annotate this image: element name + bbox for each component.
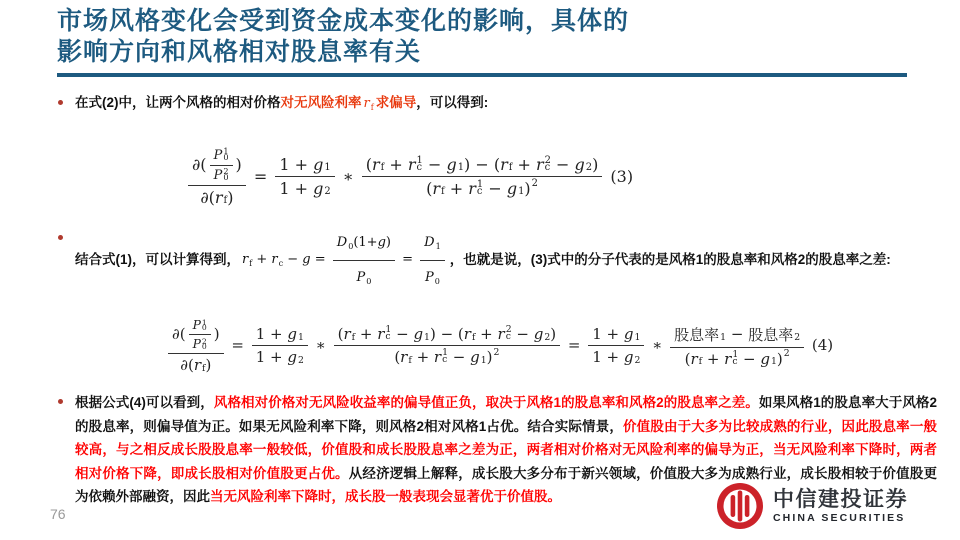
- bullet-dot-icon: [58, 235, 63, 240]
- bullet-2-text: 结合式(1)，可以计算得到，rf + rc − g = D0(1+g)P0 = …: [75, 227, 891, 293]
- bullet-1-inline-math: rf: [364, 93, 374, 115]
- page-title-line-1: 市场风格变化会受到资金成本变化的影响，具体的: [57, 7, 629, 35]
- page-title: 市场风格变化会受到资金成本变化的影响，具体的 影响方向和风格相对股息率有关: [57, 6, 905, 68]
- company-logo: 中信建投证券 CHINA SECURITIES: [716, 482, 908, 530]
- bullet-1-post: ，可以得到:: [416, 95, 488, 110]
- bullet-1: 在式(2)中，让两个风格的相对价格对无风险利率rf求偏导，可以得到:: [0, 92, 960, 115]
- citic-logo-icon: [716, 482, 764, 530]
- logo-name-cn: 中信建投证券: [773, 488, 908, 512]
- slide: 市场风格变化会受到资金成本变化的影响，具体的 影响方向和风格相对股息率有关 在式…: [0, 0, 960, 540]
- logo-text: 中信建投证券 CHINA SECURITIES: [773, 488, 908, 525]
- slide-header: 市场风格变化会受到资金成本变化的影响，具体的 影响方向和风格相对股息率有关: [0, 0, 960, 77]
- bullet-2-inline-math: rf + rc − g = D0(1+g)P0 = D1P0: [242, 227, 448, 293]
- page-number: 76: [50, 506, 66, 522]
- bullet-2: 结合式(1)，可以计算得到，rf + rc − g = D0(1+g)P0 = …: [0, 227, 960, 293]
- logo-name-en: CHINA SECURITIES: [773, 512, 908, 525]
- bullet-1-text: 在式(2)中，让两个风格的相对价格对无风险利率rf求偏导，可以得到:: [75, 92, 488, 115]
- formula-4: ∂(P10P20)∂(rf) = 1 + g11 + g2 ∗ (rf + r1…: [165, 307, 960, 383]
- formula-3: ∂(P10P20)∂(rf) = 1 + g11 + g2 ∗ (rf + r1…: [185, 137, 960, 215]
- title-divider: [57, 73, 907, 77]
- bullet-1-red-2: 求偏导: [376, 95, 417, 110]
- bullet-dot-icon: [58, 100, 63, 105]
- bullet-1-pre: 在式(2)中，让两个风格的相对价格: [75, 95, 281, 110]
- page-title-line-2: 影响方向和风格相对股息率有关: [57, 38, 421, 66]
- bullet-dot-icon: [58, 399, 63, 404]
- bullet-1-red-1: 对无风险利率: [281, 95, 362, 110]
- bullet-2-post: ，也就是说，(3)式中的分子代表的是风格1的股息率和风格2的股息率之差:: [450, 245, 891, 275]
- bullet-2-pre: 结合式(1)，可以计算得到，: [75, 245, 240, 275]
